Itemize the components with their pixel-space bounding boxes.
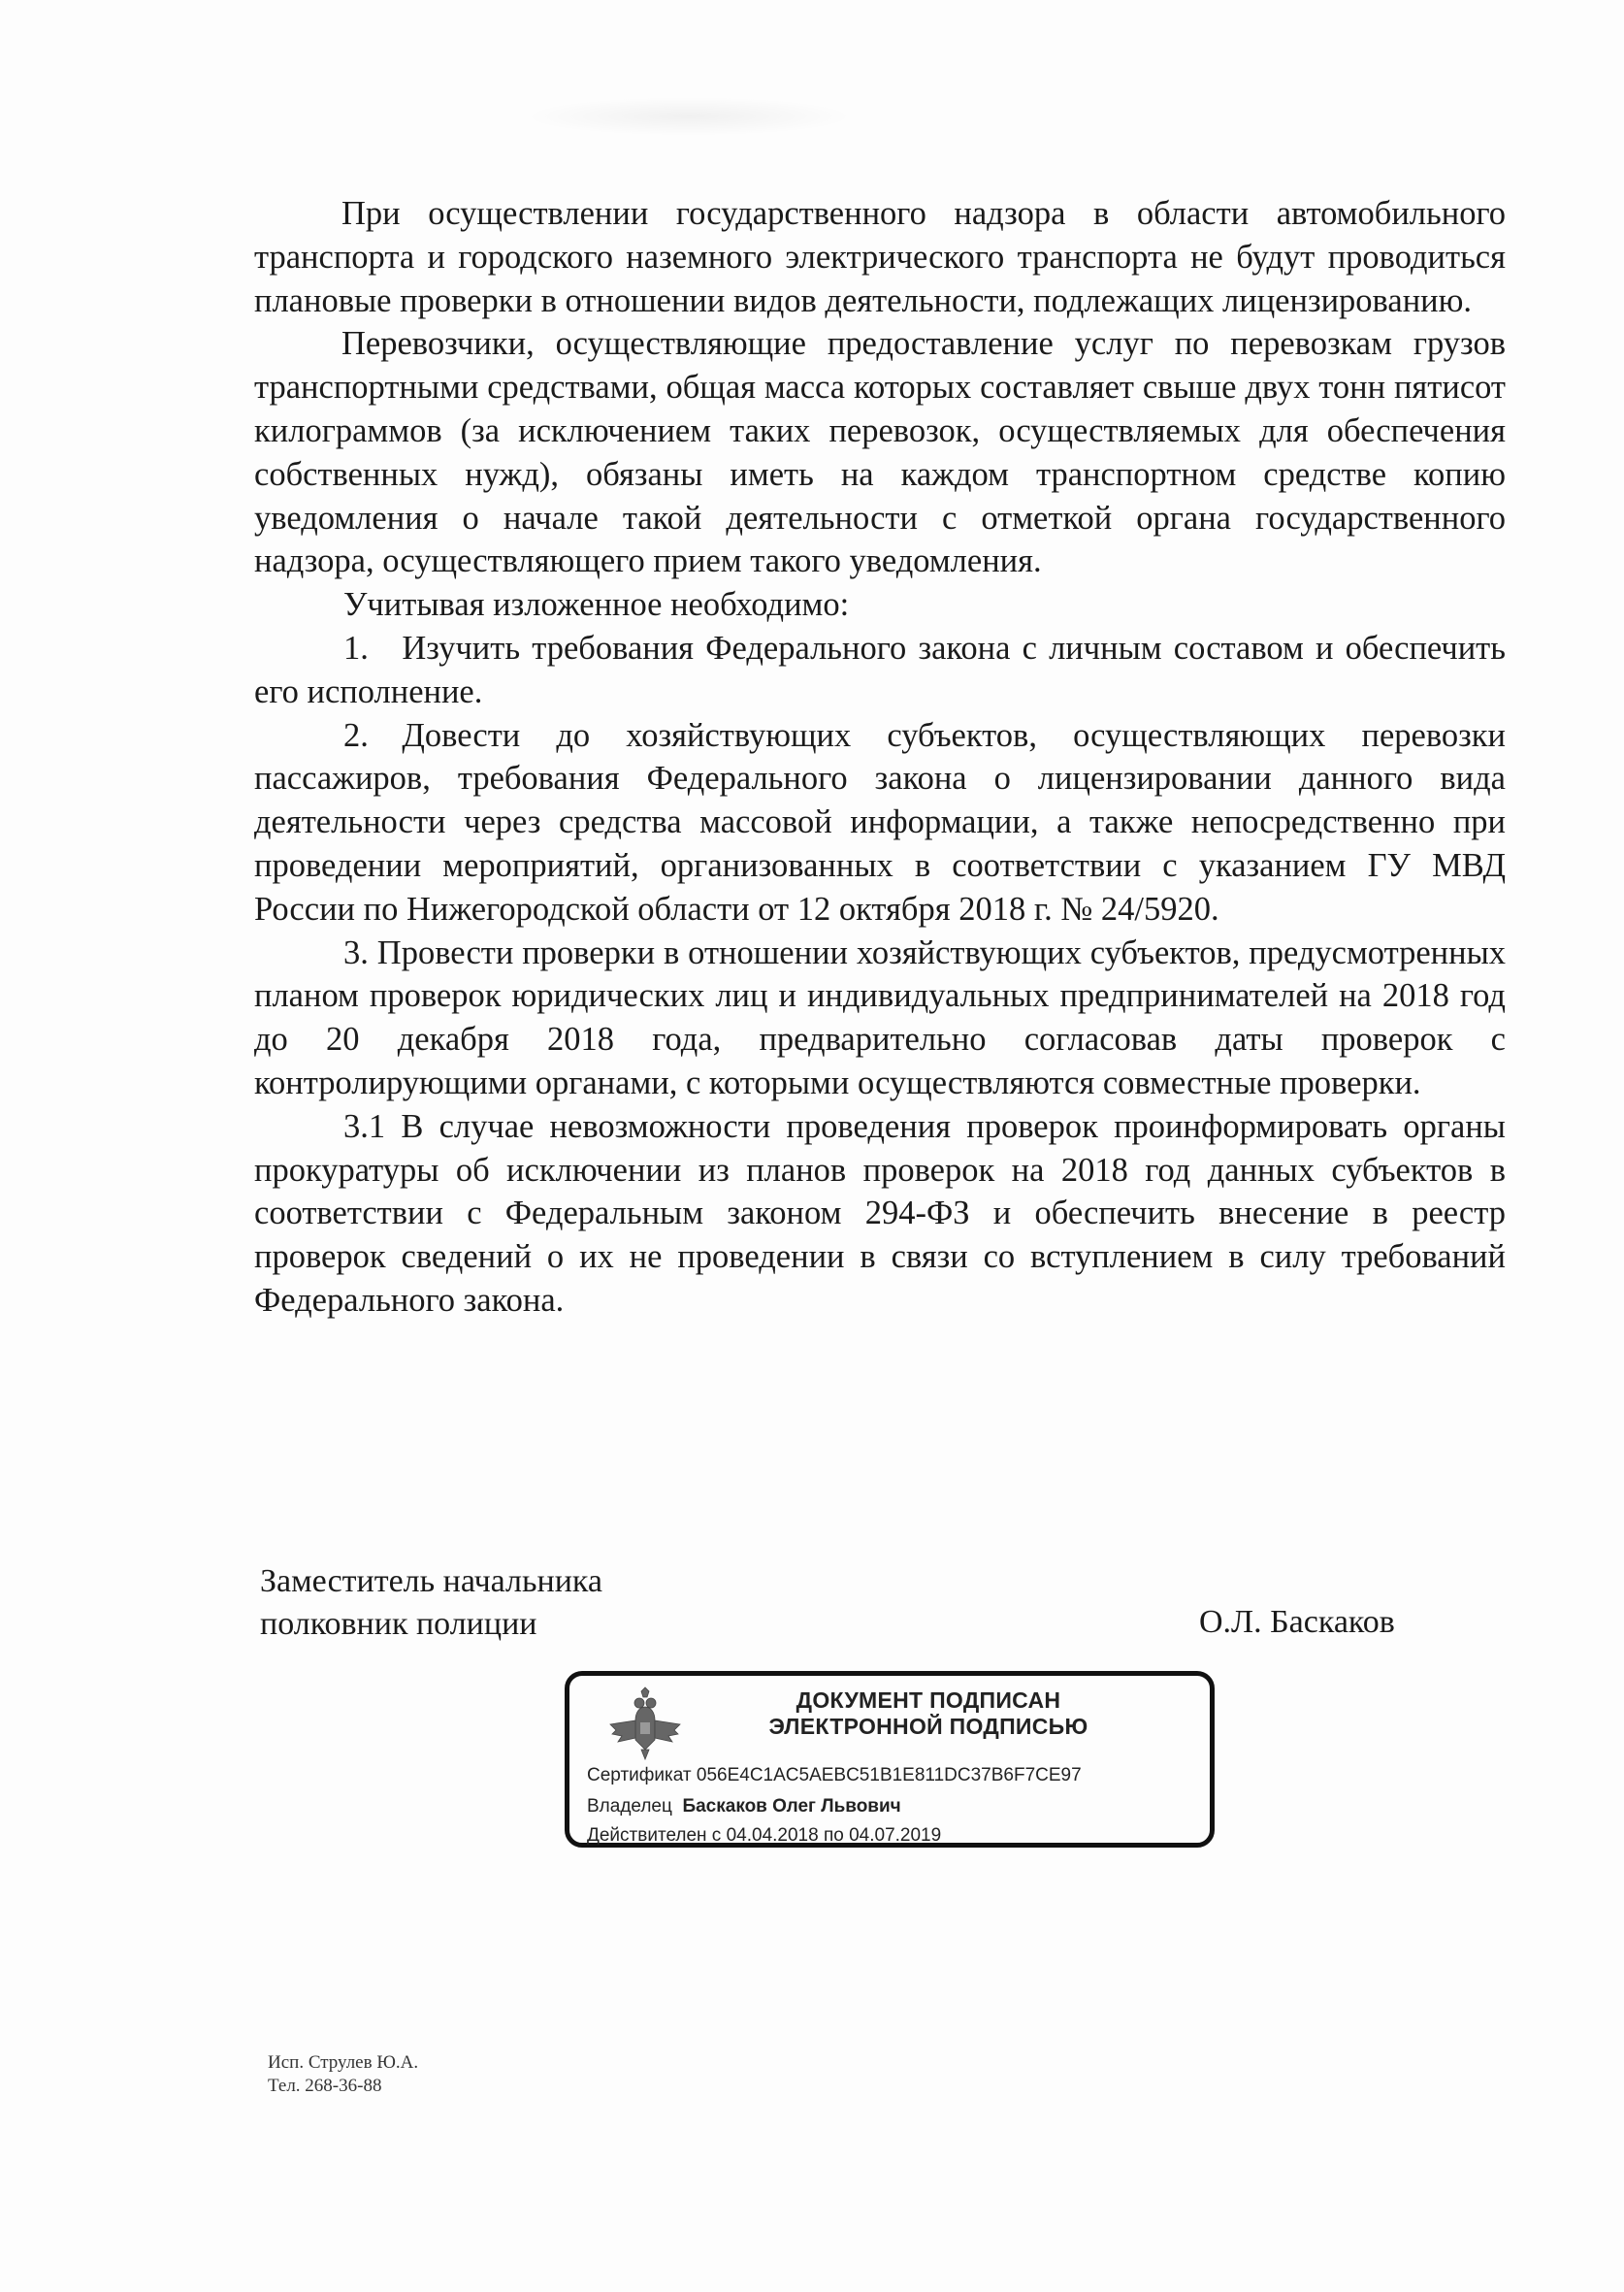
owner-value: Баскаков Олег Львович [682, 1796, 900, 1817]
list-item-3-1: 3.1 В случае невозможности проведения пр… [254, 1105, 1506, 1323]
executor-phone: Тел. 268-36-88 [268, 2075, 418, 2098]
executor-footer: Исп. Струлев Ю.А. Тел. 268-36-88 [268, 2051, 418, 2098]
certificate-value: 056E4C1AC5AEBC51B1E811DC37B6F7CE97 [697, 1765, 1082, 1785]
stamp-certificate: Сертификат 056E4C1AC5AEBC51B1E811DC37B6F… [587, 1765, 1082, 1786]
list-item-1: 1. Изучить требования Федерального закон… [254, 627, 1506, 714]
double-headed-eagle-icon [606, 1686, 684, 1763]
stamp-validity: Действителен с 04.04.2018 по 04.07.2019 [587, 1825, 941, 1847]
certificate-label: Сертификат [587, 1765, 692, 1785]
stamp-owner: Владелец Баскаков Олег Львович [587, 1796, 901, 1817]
stamp-title-line1: ДОКУМЕНТ ПОДПИСАН [705, 1687, 1152, 1714]
electronic-signature-stamp: ДОКУМЕНТ ПОДПИСАН ЭЛЕКТРОННОЙ ПОДПИСЬЮ С… [565, 1671, 1215, 1848]
signatory-position: Заместитель начальника полковник полиции [260, 1560, 602, 1646]
paragraph-considering: Учитывая изложенное необходимо: [254, 583, 1506, 627]
position-title: Заместитель начальника [260, 1560, 602, 1603]
signatory-name: О.Л. Баскаков [1199, 1601, 1395, 1644]
position-rank: полковник полиции [260, 1603, 602, 1646]
list-item-3: 3. Провести проверки в отношении хозяйст… [254, 932, 1506, 1105]
document-body: При осуществлении государственного надзо… [254, 192, 1506, 1323]
stamp-title-line2: ЭЛЕКТРОННОЙ ПОДПИСЬЮ [705, 1714, 1152, 1740]
owner-label: Владелец [587, 1796, 672, 1817]
list-item-2: 2. Довести до хозяйствующих субъектов, о… [254, 714, 1506, 932]
paragraph-supervision: При осуществлении государственного надзо… [254, 192, 1506, 322]
paragraph-carriers: Перевозчики, осуществляющие предоставлен… [254, 322, 1506, 583]
executor-name: Исп. Струлев Ю.А. [268, 2051, 418, 2075]
scan-artifact [524, 97, 854, 136]
document-page: При осуществлении государственного надзо… [0, 0, 1624, 2292]
stamp-title: ДОКУМЕНТ ПОДПИСАН ЭЛЕКТРОННОЙ ПОДПИСЬЮ [705, 1687, 1152, 1740]
